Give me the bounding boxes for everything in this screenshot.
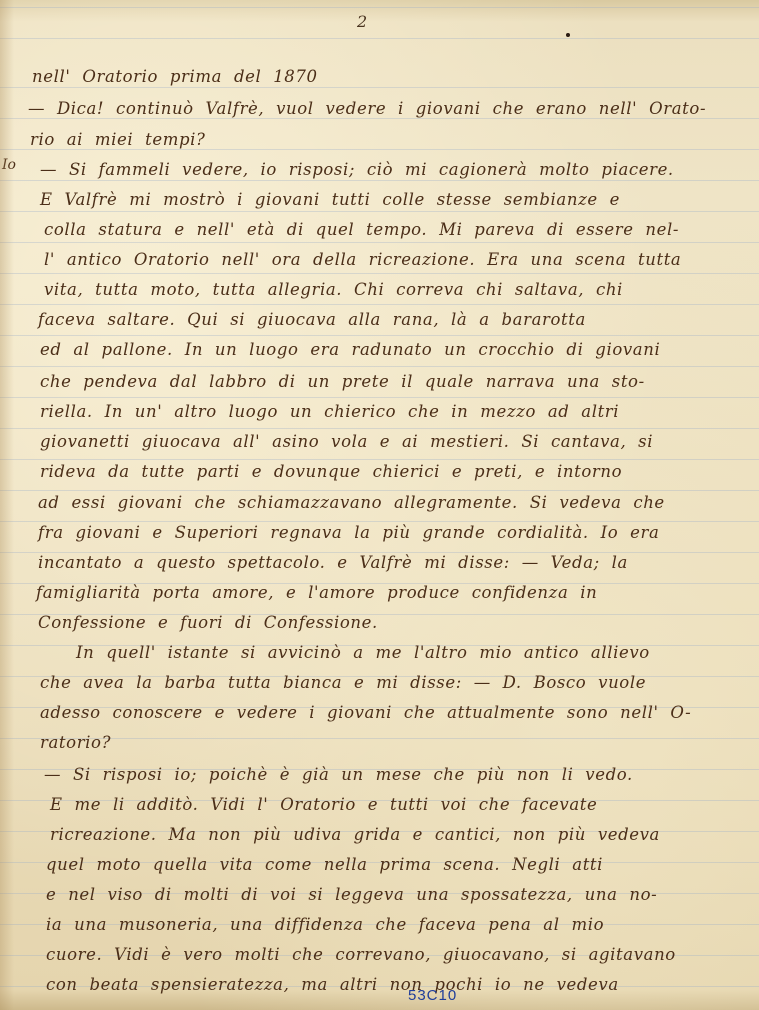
text-line: In quell' istante si avvicinò a me l'alt… xyxy=(76,643,650,662)
text-line: E me li additò. Vidi l' Oratorio e tutti… xyxy=(50,795,597,814)
text-line: e nel viso di molti di voi si leggeva un… xyxy=(46,885,657,904)
text-line: l' antico Oratorio nell' ora della ricre… xyxy=(44,250,681,269)
text-line: riella. In un' altro luogo un chierico c… xyxy=(40,402,619,421)
text-line: colla statura e nell' età di quel tempo.… xyxy=(44,220,679,239)
text-line: — Si risposi io; poichè è già un mese ch… xyxy=(44,765,633,784)
margin-note: Io xyxy=(2,157,16,173)
text-line: che avea la barba tutta bianca e mi diss… xyxy=(40,673,646,692)
text-line: rideva da tutte parti e dovunque chieric… xyxy=(40,462,622,481)
page-number: 2 xyxy=(357,12,367,31)
manuscript-page: 2 Io nell' Oratorio prima del 1870 — Dic… xyxy=(0,0,759,1010)
text-line: con beata spensieratezza, ma altri non p… xyxy=(46,975,619,994)
ink-blot xyxy=(566,33,570,37)
text-line: fra giovani e Superiori regnava la più g… xyxy=(38,523,659,542)
text-line: giovanetti giuocava all' asino vola e ai… xyxy=(40,432,653,451)
text-line: ricreazione. Ma non più udiva grida e ca… xyxy=(50,825,660,844)
archive-stamp: 53C10 xyxy=(408,987,457,1004)
text-line: nell' Oratorio prima del 1870 xyxy=(32,67,318,86)
text-line: ed al pallone. In un luogo era radunato … xyxy=(40,340,660,359)
text-line: ratorio? xyxy=(40,733,111,752)
text-line: ad essi giovani che schiamazzavano alleg… xyxy=(38,493,665,512)
text-line: vita, tutta moto, tutta allegria. Chi co… xyxy=(44,280,623,299)
text-line: — Si fammeli vedere, io risposi; ciò mi … xyxy=(40,160,674,179)
text-line: faceva saltare. Qui si giuocava alla ran… xyxy=(38,310,586,329)
text-line: cuore. Vidi è vero molti che correvano, … xyxy=(46,945,676,964)
text-line: incantato a questo spettacolo. e Valfrè … xyxy=(38,553,628,572)
text-line: — Dica! continuò Valfrè, vuol vedere i g… xyxy=(28,99,706,118)
text-line: adesso conoscere e vedere i giovani che … xyxy=(40,703,691,722)
text-line: E Valfrè mi mostrò i giovani tutti colle… xyxy=(40,190,620,209)
text-line: famigliarità porta amore, e l'amore prod… xyxy=(36,583,597,602)
text-line: rio ai miei tempi? xyxy=(30,130,205,149)
text-line: Confessione e fuori di Confessione. xyxy=(38,613,378,632)
text-line: quel moto quella vita come nella prima s… xyxy=(46,855,603,874)
text-line: che pendeva dal labbro di un prete il qu… xyxy=(40,372,645,391)
text-line: ia una musoneria, una diffidenza che fac… xyxy=(46,915,604,934)
